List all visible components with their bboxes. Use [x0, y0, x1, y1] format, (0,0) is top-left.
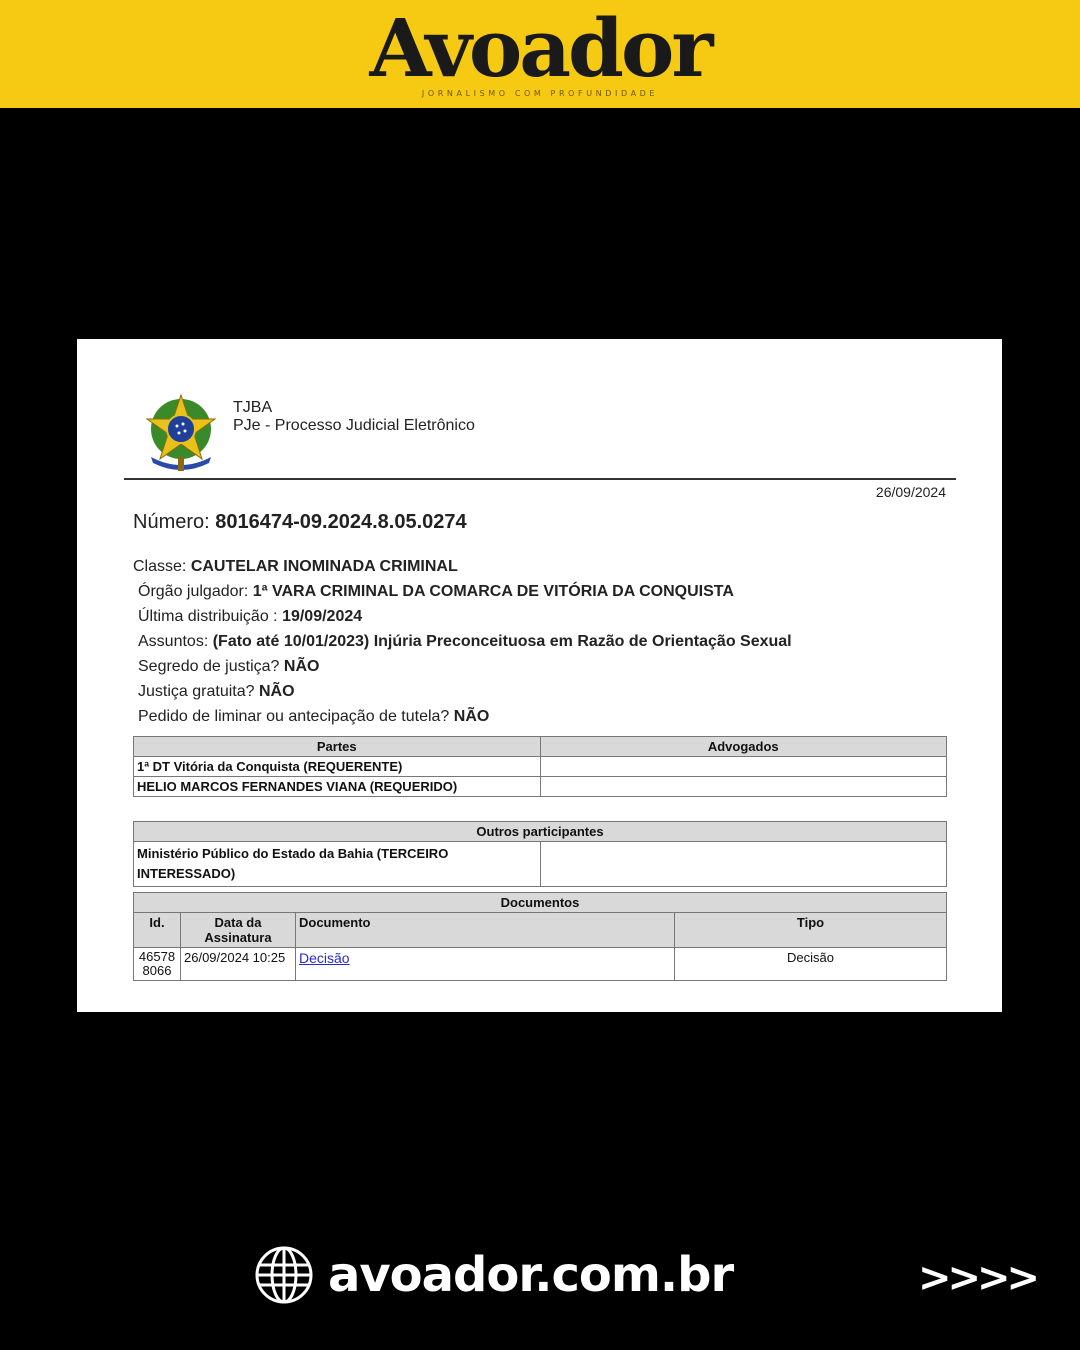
- field-classe: Classe: CAUTELAR INOMINADA CRIMINAL: [133, 557, 792, 582]
- table-cell: [540, 842, 947, 887]
- table-row: 465788066 26/09/2024 10:25 Decisão Decis…: [134, 948, 947, 981]
- court-document: TJBA PJe - Processo Judicial Eletrônico …: [77, 339, 1002, 1012]
- column-header: Id.: [134, 913, 181, 948]
- process-fields: Classe: CAUTELAR INOMINADA CRIMINAL Órgã…: [133, 557, 792, 732]
- field-label: Segredo de justiça?: [138, 658, 279, 675]
- brand-logo: Avoador: [0, 0, 1080, 96]
- process-number-value: 8016474-09.2024.8.05.0274: [215, 511, 466, 533]
- court-header: TJBA PJe - Processo Judicial Eletrônico: [233, 399, 475, 435]
- system-name: PJe - Processo Judicial Eletrônico: [233, 417, 475, 435]
- field-value: NÃO: [259, 683, 295, 700]
- field-value: 19/09/2024: [282, 608, 362, 625]
- table-header: Outros participantes: [134, 822, 947, 842]
- site-url[interactable]: avoador.com.br: [328, 1247, 733, 1303]
- table-cell: Ministério Público do Estado da Bahia (T…: [134, 842, 541, 887]
- field-value: (Fato até 10/01/2023) Injúria Preconceit…: [213, 633, 792, 650]
- document-signed-date: 26/09/2024 10:25: [181, 948, 296, 981]
- column-header: Data da Assinatura: [181, 913, 296, 948]
- field-label: Órgão julgador:: [138, 583, 248, 600]
- table-cell: [540, 757, 947, 777]
- outros-participantes-table: Outros participantes Ministério Público …: [133, 821, 947, 887]
- field-label: Assuntos:: [138, 633, 208, 650]
- column-header: Tipo: [675, 913, 947, 948]
- brand-header: Avoador JORNALISMO COM PROFUNDIDADE: [0, 0, 1080, 108]
- globe-icon: [254, 1245, 314, 1305]
- document-type: Decisão: [675, 948, 947, 981]
- partes-table: Partes Advogados 1ª DT Vitória da Conqui…: [133, 736, 947, 797]
- table-row: Ministério Público do Estado da Bahia (T…: [134, 842, 947, 887]
- field-value: NÃO: [284, 658, 320, 675]
- document-id: 465788066: [134, 948, 181, 981]
- document-link[interactable]: Decisão: [299, 950, 350, 966]
- column-header: Documento: [296, 913, 675, 948]
- brand-tagline: JORNALISMO COM PROFUNDIDADE: [0, 89, 1080, 98]
- field-value: 1ª VARA CRIMINAL DA COMARCA DE VITÓRIA D…: [253, 583, 734, 600]
- documentos-table: Documentos Id. Data da Assinatura Docume…: [133, 892, 947, 981]
- next-arrows[interactable]: >>>>: [918, 1255, 1036, 1301]
- table-row: HELIO MARCOS FERNANDES VIANA (REQUERIDO): [134, 777, 947, 797]
- field-distribuicao: Última distribuição : 19/09/2024: [133, 607, 792, 632]
- column-header: Advogados: [540, 737, 947, 757]
- field-label: Última distribuição :: [138, 608, 278, 625]
- field-value: CAUTELAR INOMINADA CRIMINAL: [191, 558, 458, 575]
- field-liminar: Pedido de liminar ou antecipação de tute…: [133, 707, 792, 732]
- field-assuntos: Assuntos: (Fato até 10/01/2023) Injúria …: [133, 632, 792, 657]
- table-cell: HELIO MARCOS FERNANDES VIANA (REQUERIDO): [134, 777, 541, 797]
- header-divider: [124, 478, 956, 480]
- column-header: Partes: [134, 737, 541, 757]
- table-header: Documentos: [134, 893, 947, 913]
- table-row: 1ª DT Vitória da Conquista (REQUERENTE): [134, 757, 947, 777]
- court-name: TJBA: [233, 399, 475, 417]
- table-cell: [540, 777, 947, 797]
- footer-site[interactable]: avoador.com.br: [254, 1240, 733, 1310]
- table-cell: 1ª DT Vitória da Conquista (REQUERENTE): [134, 757, 541, 777]
- document-cell: Decisão: [296, 948, 675, 981]
- field-gratuita: Justiça gratuita? NÃO: [133, 682, 792, 707]
- process-number: Número: 8016474-09.2024.8.05.0274: [133, 511, 467, 534]
- field-segredo: Segredo de justiça? NÃO: [133, 657, 792, 682]
- document-date: 26/09/2024: [876, 484, 946, 500]
- field-label: Pedido de liminar ou antecipação de tute…: [138, 708, 449, 725]
- process-number-label: Número:: [133, 511, 210, 533]
- field-value: NÃO: [454, 708, 490, 725]
- field-label: Justiça gratuita?: [138, 683, 255, 700]
- field-orgao: Órgão julgador: 1ª VARA CRIMINAL DA COMA…: [133, 582, 792, 607]
- field-label: Classe:: [133, 558, 186, 575]
- brazil-coat-of-arms-icon: [143, 391, 219, 475]
